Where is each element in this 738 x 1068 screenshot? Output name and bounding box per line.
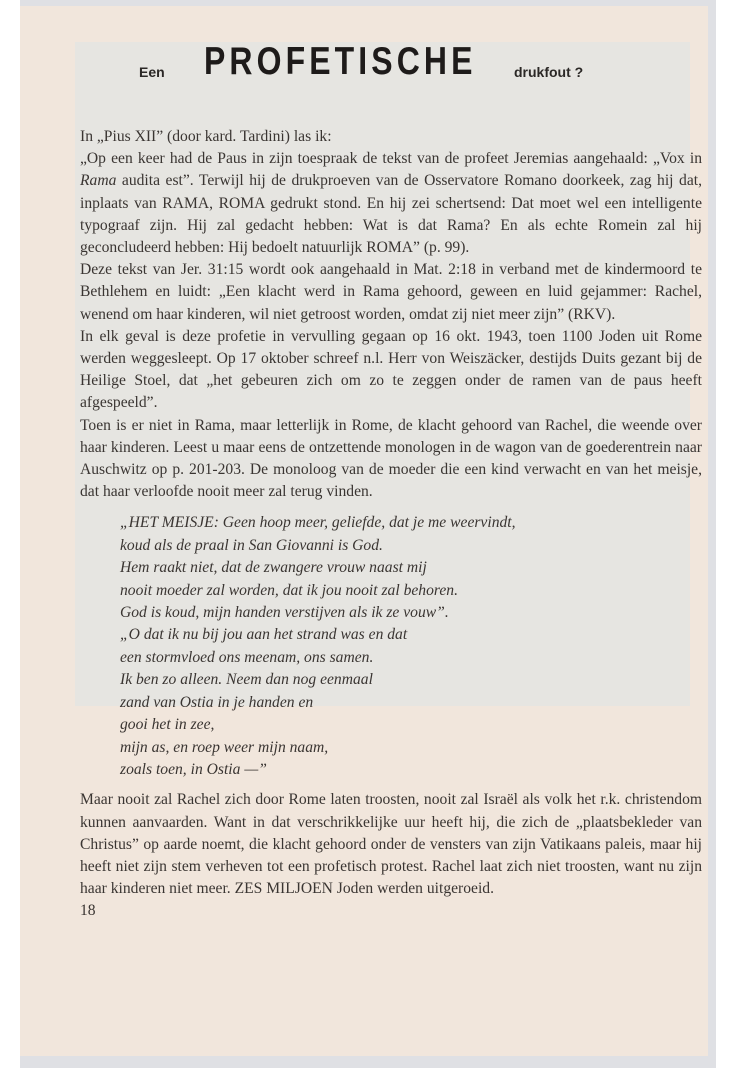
article-body: In „Pius XII” (door kard. Tardini) las i… <box>80 126 702 923</box>
poem-line: gooi het in zee, <box>120 714 702 736</box>
quote-part-1: „Op een keer had de Paus in zijn toespra… <box>80 150 702 167</box>
paragraph-jeremiah: Deze tekst van Jer. 31:15 wordt ook aang… <box>80 259 702 326</box>
poem-line: een stormvloed ons meenam, ons samen. <box>120 647 702 669</box>
poem-line: Hem raakt niet, dat de zwangere vrouw na… <box>120 557 702 579</box>
poem-line: mijn as, en roep weer mijn naam, <box>120 737 702 759</box>
paragraph-closing: Maar nooit zal Rachel zich door Rome lat… <box>80 789 702 900</box>
poem-quote: „HET MEISJE: Geen hoop meer, geliefde, d… <box>120 512 702 781</box>
paragraph-rachel: Toen is er niet in Rama, maar letterlijk… <box>80 415 702 504</box>
poem-line: Ik ben zo alleen. Neem dan nog eenmaal <box>120 669 702 691</box>
title-prefix: Een <box>139 64 165 80</box>
page-number: 18 <box>80 900 702 922</box>
paragraph-intro: In „Pius XII” (door kard. Tardini) las i… <box>80 126 702 148</box>
quote-part-2: audita est”. Terwijl hij de drukproeven … <box>80 172 702 256</box>
poem-line: „HET MEISJE: Geen hoop meer, geliefde, d… <box>120 512 702 534</box>
poem-line: zand van Ostia in je handen en <box>120 692 702 714</box>
poem-line: God is koud, mijn handen verstijven als … <box>120 602 702 624</box>
paragraph-fulfilment: In elk geval is deze profetie in vervull… <box>80 326 702 415</box>
quote-italic-rama: Rama <box>80 172 116 189</box>
paragraph-tardini-quote: „Op een keer had de Paus in zijn toespra… <box>80 148 702 259</box>
poem-line: nooit moeder zal worden, dat ik jou nooi… <box>120 580 702 602</box>
poem-line: „O dat ik nu bij jou aan het strand was … <box>120 624 702 646</box>
article-title: Een PROFETISCHE drukfout ? <box>0 40 738 90</box>
poem-line: zoals toen, in Ostia —” <box>120 759 702 781</box>
title-main: PROFETISCHE <box>204 42 477 82</box>
title-suffix: drukfout ? <box>514 64 583 80</box>
poem-line: koud als de praal in San Giovanni is God… <box>120 535 702 557</box>
